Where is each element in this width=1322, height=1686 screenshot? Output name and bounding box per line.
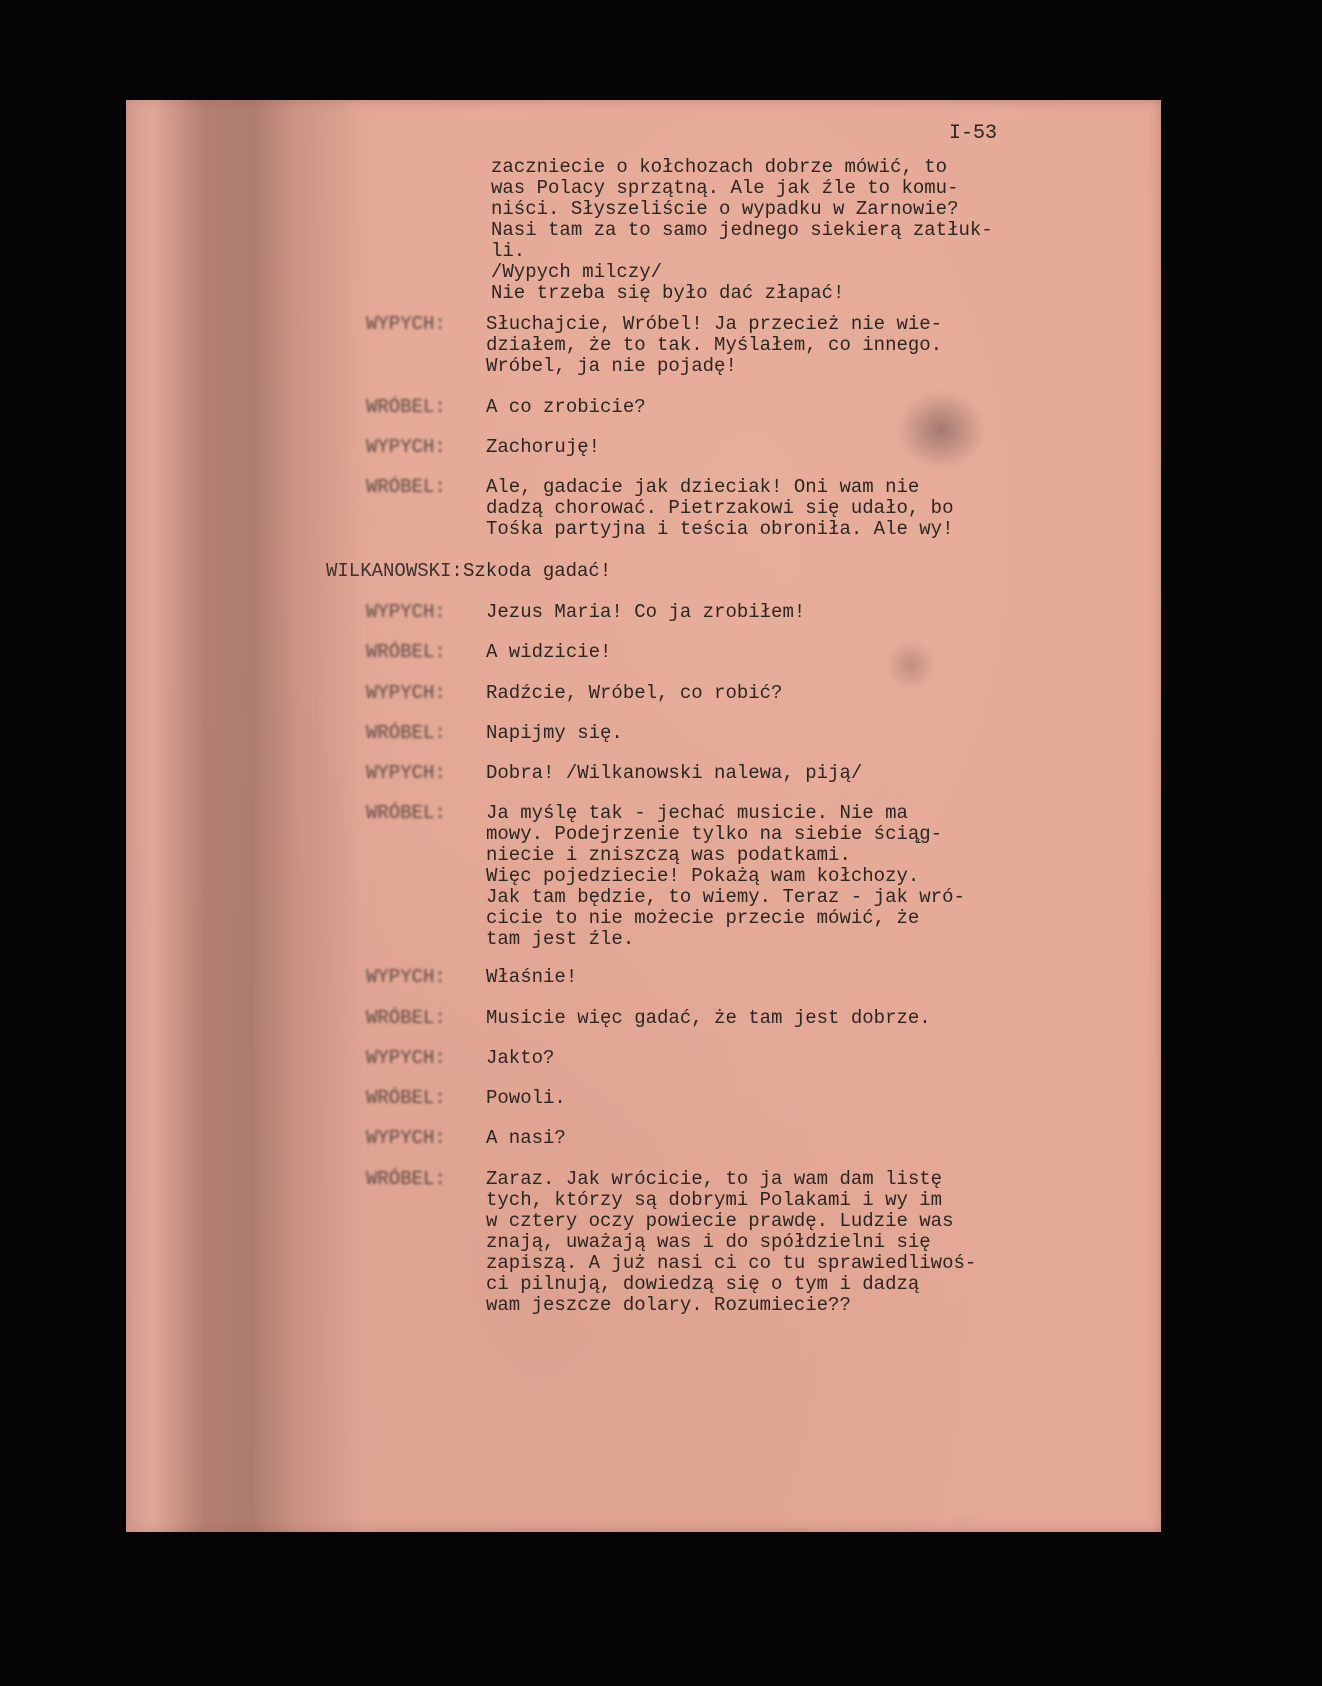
speech-line: dadzą chorować. Pietrzakowi się udało, b… <box>486 498 953 519</box>
speaker-name: WYPYCH: <box>366 1128 446 1149</box>
speaker-name: WRÓBEL: <box>366 1169 446 1190</box>
speaker-name: WRÓBEL: <box>366 1088 446 1109</box>
speech-line: zaczniecie o kołchozach dobrze mówić, to <box>491 157 947 178</box>
speech-line: Zaraz. Jak wrócicie, to ja wam dam listę <box>486 1169 942 1190</box>
speaker-name: WYPYCH: <box>366 763 446 784</box>
speech-line: Wróbel, ja nie pojadę! <box>486 356 737 377</box>
speech-line: ci pilnują, dowiedzą się o tym i dadzą <box>486 1274 919 1295</box>
speech-line: A nasi? <box>486 1128 566 1149</box>
speech-line: Jakto? <box>486 1048 554 1069</box>
speech-line: wam jeszcze dolary. Rozumiecie?? <box>486 1295 851 1316</box>
speech-line: tam jest źle. <box>486 929 634 950</box>
speaker-name: WYPYCH: <box>366 437 446 458</box>
speech-line: was Polacy sprzątną. Ale jak źle to komu… <box>491 178 958 199</box>
speech-line: niecie i zniszczą was podatkami. <box>486 845 851 866</box>
speech-line: cicie to nie możecie przecie mówić, że <box>486 908 919 929</box>
speech-line: Jezus Maria! Co ja zrobiłem! <box>486 602 805 623</box>
typescript-page: I-53 zaczniecie o kołchozach dobrze mówi… <box>126 100 1161 1532</box>
speech-line: Napijmy się. <box>486 723 623 744</box>
ink-smudge <box>896 390 986 470</box>
speaker-name: WRÓBEL: <box>366 723 446 744</box>
speech-line: Powoli. <box>486 1088 566 1109</box>
speech-line: Nasi tam za to samo jednego siekierą zat… <box>491 220 993 241</box>
speech-line: w cztery oczy powiecie prawdę. Ludzie wa… <box>486 1211 953 1232</box>
ink-smudge <box>886 640 936 690</box>
speaker-name: WILKANOWSKI: <box>326 561 463 582</box>
speaker-name: WYPYCH: <box>366 1048 446 1069</box>
speech-line: tych, którzy są dobrymi Polakami i wy im <box>486 1190 942 1211</box>
speech-line: Zachoruję! <box>486 437 600 458</box>
speech-line: znają, uważają was i do spółdzielni się <box>486 1232 931 1253</box>
speech-line: Dobra! /Wilkanowski nalewa, piją/ <box>486 763 862 784</box>
speech-line: Tośka partyjna i teścia obroniła. Ale wy… <box>486 519 953 540</box>
speech-line: Więc pojedziecie! Pokażą wam kołchozy. <box>486 866 919 887</box>
speaker-name: WRÓBEL: <box>366 803 446 824</box>
speech-line: Radźcie, Wróbel, co robić? <box>486 683 782 704</box>
speech-line: mowy. Podejrzenie tylko na siebie ścią̨g… <box>486 824 942 845</box>
speaker-name: WRÓBEL: <box>366 397 446 418</box>
speaker-name: WRÓBEL: <box>366 1008 446 1029</box>
page-number: I-53 <box>949 122 997 145</box>
speaker-name: WYPYCH: <box>366 314 446 335</box>
speaker-name: WYPYCH: <box>366 683 446 704</box>
speech-line: Szkoda gadać! <box>463 561 611 582</box>
speaker-name: WRÓBEL: <box>366 477 446 498</box>
speech-line: zapiszą. A już nasi ci co tu sprawiedliw… <box>486 1253 976 1274</box>
speech-line: Musicie więc gadać, że tam jest dobrze. <box>486 1008 931 1029</box>
speaker-name: WYPYCH: <box>366 602 446 623</box>
speech-line: A co zrobicie? <box>486 397 646 418</box>
speaker-name: WRÓBEL: <box>366 642 446 663</box>
speech-line: /Wypych milczy/ <box>491 262 662 283</box>
speech-line: li. <box>491 241 525 262</box>
speech-line: Właśnie! <box>486 967 577 988</box>
speech-line: Nie trzeba się było dać złapać! <box>491 283 844 304</box>
speech-line: działem, że to tak. Myślałem, co innego. <box>486 335 942 356</box>
speech-line: Ja myślę tak - jechać musicie. Nie ma <box>486 803 908 824</box>
speech-line: niści. Słyszeliście o wypadku w Zarnowie… <box>491 199 958 220</box>
speaker-name: WYPYCH: <box>366 967 446 988</box>
speech-line: A widzicie! <box>486 642 611 663</box>
speech-line: Jak tam będzie, to wiemy. Teraz - jak wr… <box>486 887 965 908</box>
speech-line: Ale, gadacie jak dzieciak! Oni wam nie <box>486 477 919 498</box>
speech-line: Słuchajcie, Wróbel! Ja przecież nie wie- <box>486 314 942 335</box>
